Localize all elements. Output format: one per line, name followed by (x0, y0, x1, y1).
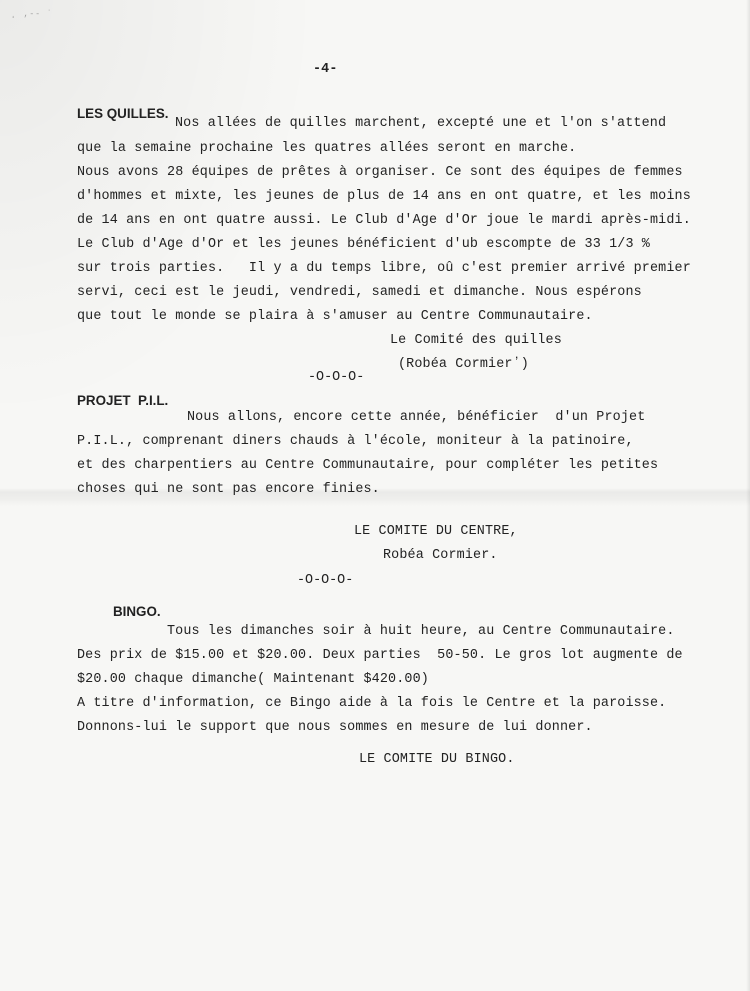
signature-committee: LE COMITE DU CENTRE, (354, 524, 518, 540)
paragraph-line: et des charpentiers au Centre Communauta… (77, 458, 658, 474)
paragraph-line: Le Club d'Age d'Or et les jeunes bénéfic… (77, 237, 650, 253)
paragraph-line: A titre d'information, ce Bingo aide à l… (77, 696, 666, 712)
signature-name: Robéa Cormier. (383, 548, 498, 564)
section-separator: -O-O-O- (297, 573, 353, 589)
corner-mark: ¸ ,-- ˙ (12, 10, 53, 19)
paragraph-line: Des prix de $15.00 et $20.00. Deux parti… (77, 648, 683, 664)
paragraph-line: que la semaine prochaine les quatres all… (77, 141, 576, 157)
paragraph-line: de 14 ans en ont quatre aussi. Le Club d… (77, 213, 691, 229)
paragraph-line: sur trois parties. Il y a du temps libre… (77, 261, 691, 277)
paragraph-line: Nous allons, encore cette année, bénéfic… (187, 410, 645, 426)
page-number: -4- (313, 62, 338, 78)
section-heading-quilles: LES QUILLES. (77, 106, 169, 122)
paragraph-line: Nous avons 28 équipes de prêtes à organi… (77, 165, 683, 181)
paragraph-line: Tous les dimanches soir à huit heure, au… (167, 624, 675, 640)
paragraph-line: d'hommes et mixte, les jeunes de plus de… (77, 189, 691, 205)
paper-edge-shadow (746, 0, 750, 991)
signature-name: (Robéa Cormierʼ) (398, 357, 529, 373)
paragraph-line: $20.00 chaque dimanche( Maintenant $420.… (77, 672, 429, 688)
paragraph-line: Nos allées de quilles marchent, excepté … (175, 116, 666, 132)
document-page: ¸ ,-- ˙ -4- LES QUILLES. Nos allées de q… (0, 0, 750, 991)
section-heading-projet-pil: PROJET P.I.L. (77, 393, 168, 409)
paragraph-line: Donnons-lui le support que nous sommes e… (77, 720, 593, 736)
signature-committee: Le Comité des quilles (390, 333, 562, 349)
section-separator: -O-O-O- (308, 370, 364, 386)
section-heading-bingo: BINGO. (113, 604, 161, 620)
signature-committee: LE COMITE DU BINGO. (359, 752, 515, 768)
paragraph-line: servi, ceci est le jeudi, vendredi, same… (77, 285, 642, 301)
paragraph-line: que tout le monde se plaira à s'amuser a… (77, 309, 593, 325)
paragraph-line: P.I.L., comprenant diners chauds à l'éco… (77, 434, 634, 450)
paragraph-line: choses qui ne sont pas encore finies. (77, 482, 380, 498)
